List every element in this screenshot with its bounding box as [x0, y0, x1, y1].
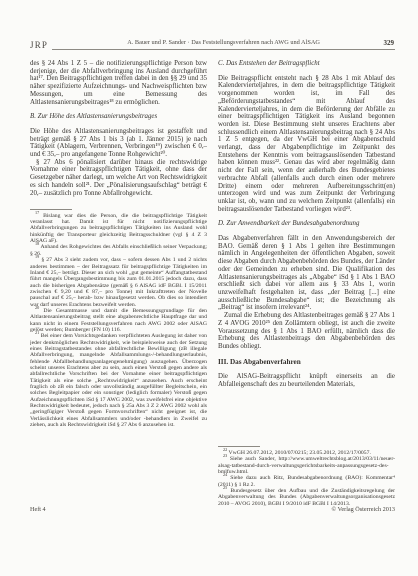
issue-label: Heft 4 [30, 506, 46, 513]
paragraph-continuation: des § 24 Abs 1 Z 5 – die notifizierungsp… [30, 60, 207, 106]
footnote-text: Siehe dazu auch Ritz, Bundesabgabenordnu… [218, 475, 395, 487]
paragraph-alsag: Die AlSAG-Beitragspflicht knüpft einerse… [218, 373, 395, 388]
footnote-marker: 23 [223, 453, 227, 458]
left-footnote-block: 17 Bislang war dies die Person, die die … [30, 203, 207, 428]
journal-logo: JRP [30, 40, 52, 50]
footnote-24: 24 Siehe dazu auch Ritz, Bundesabgabenor… [218, 475, 395, 488]
paragraph-hoehe: Die Höhe des Altlastensanierungsbeitrage… [30, 128, 207, 159]
journal-page: JRP A. Bauer und P. Sander · Das Festste… [0, 0, 418, 576]
paragraph-entstehen: Die Beitragspflicht entsteht nach § 28 A… [218, 75, 395, 214]
text-columns: des § 24 Abs 1 Z 5 – die notifizierungsp… [30, 60, 395, 507]
footnote-text: Siehe auch Sander, http://www.umweltrech… [218, 456, 395, 475]
right-footnote-block: 22 VwGH 26.07.2012, 2010/07/0215; 23.05.… [218, 440, 395, 507]
footnote-23: 23 Siehe auch Sander, http://www.umweltr… [218, 456, 395, 475]
section-heading-d: D. Zur Anwendbarkeit der Bundesabgabenor… [218, 220, 395, 228]
footnote-21: 21 Bei einer dem Vorsichtsgedanken verpf… [30, 333, 207, 428]
footnote-19: 19 § 27 Abs 3 sieht zudem vor, dass – so… [30, 257, 207, 308]
section-heading-c: C. Das Entstehen der Beitragspflicht [218, 60, 395, 68]
footnote-17: 17 Bislang war dies die Person, die die … [30, 213, 207, 245]
page-header: JRP A. Bauer und P. Sander · Das Festste… [30, 38, 395, 50]
running-title: A. Bauer und P. Sander · Das Feststellun… [127, 38, 320, 49]
paragraph-bao: Das Abgabenverfahren fällt in den Anwend… [218, 235, 395, 312]
left-column: des § 24 Abs 1 Z 5 – die notifizierungsp… [30, 60, 207, 507]
footnote-text: Bei einer dem Vorsichtsgedanken verpflic… [30, 333, 207, 428]
right-column: C. Das Entstehen der Beitragspflicht Die… [218, 60, 395, 507]
chapter-heading-iii: III. Das Abgabenverfahren [218, 359, 395, 367]
footnote-20: 20 Die Gesamtmasse und damit die Bemessu… [30, 308, 207, 333]
footnote-25: 25 Bundesgesetz über den Aufbau und die … [218, 488, 395, 507]
footnote-text: § 27 Abs 3 sieht zudem vor, dass – sofer… [30, 257, 207, 307]
footnote-text: VwGH 26.07.2012, 2010/07/0215; 23.05.201… [229, 450, 371, 456]
paragraph-zumal: Zumal die Erhebung des Altlastenbeitrage… [218, 312, 395, 351]
footnote-text: Anhand des Rohgewichtes des Abfalls eins… [30, 244, 207, 256]
footnote-18: 18 Anhand des Rohgewichtes des Abfalls e… [30, 244, 207, 257]
footnote-text: Bislang war dies die Person, die die bei… [30, 213, 207, 244]
footnote-marker: 25 [223, 485, 227, 490]
footnote-marker: 24 [223, 472, 227, 477]
footnote-marker: 21 [35, 330, 39, 335]
footnote-marker: 18 [35, 242, 39, 247]
section-heading-b: B. Zur Höhe des Altlastensanierungsbeitr… [30, 113, 207, 121]
footnote-text: Die Gesamtmasse und damit die Bemessungs… [30, 308, 207, 333]
page-number: 329 [384, 38, 395, 48]
footnote-marker: 20 [35, 305, 39, 310]
paragraph-poenale: § 27 Abs 6 pönalisiert darüber hinaus di… [30, 159, 207, 198]
footnote-marker: 19 [35, 254, 39, 259]
footnote-text: Bundesgesetz über den Aufbau und die Zus… [218, 488, 395, 507]
footnote-marker: 22 [223, 447, 227, 452]
copyright-label: © Verlag Österreich 2013 [331, 506, 395, 513]
footnote-marker: 17 [35, 210, 39, 215]
header-rule: A. Bauer und P. Sander · Das Feststellun… [52, 38, 395, 50]
page-footer: Heft 4 © Verlag Österreich 2013 [30, 506, 395, 513]
